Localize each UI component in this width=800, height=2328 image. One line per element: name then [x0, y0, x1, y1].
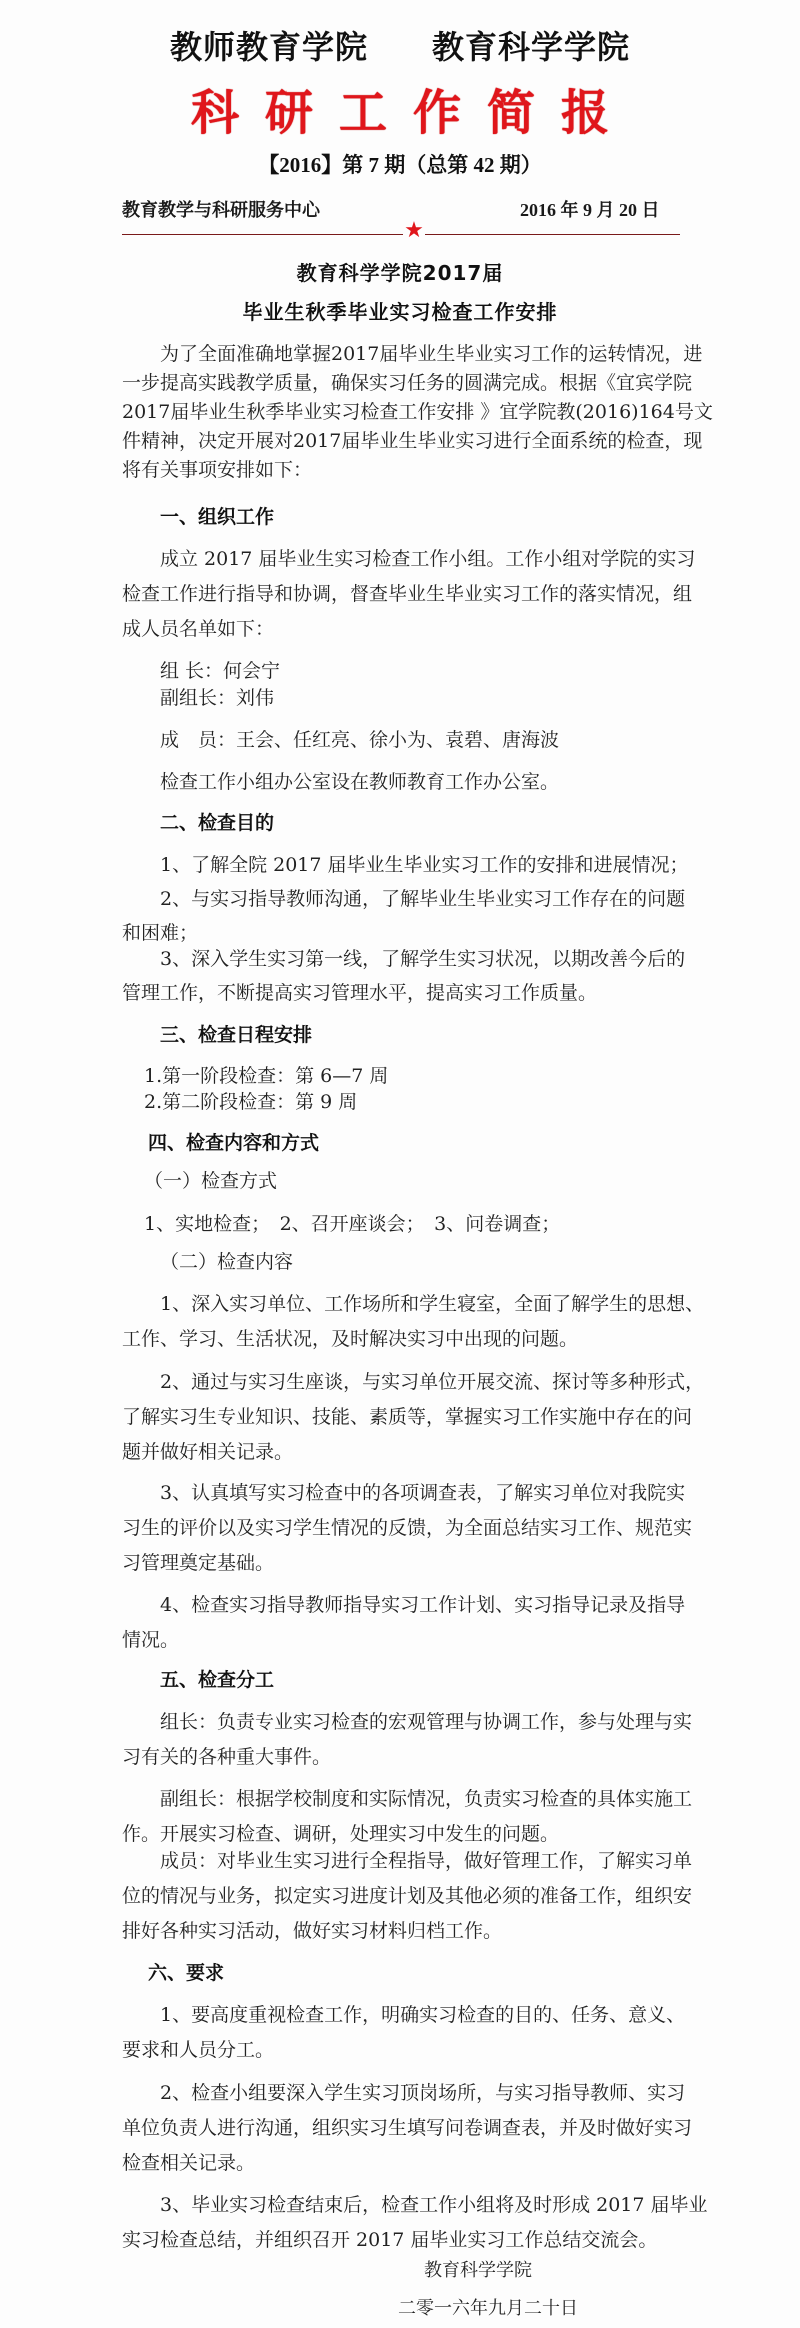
body-text-line: 成立 2017 届毕业生实习检查工作小组。工作小组对学院的实习 — [160, 547, 695, 571]
body-text-line: 检查相关记录。 — [122, 2151, 255, 2175]
issue-number: 【2016】第 7 期（总第 42 期） — [0, 149, 800, 179]
body-text-line: 单位负责人进行沟通，组织实习生填写问卷调查表，并及时做好实习 — [122, 2116, 692, 2140]
body-text-line: 1、深入实习单位、工作场所和学生寝室，全面了解学生的思想、 — [160, 1292, 704, 1316]
body-text-line: （一）检查方式 — [144, 1169, 277, 1193]
body-text-line: 副组长：根据学校制度和实际情况，负责实习检查的具体实施工 — [160, 1787, 692, 1811]
body-text-line: 1.第一阶段检查：第 6—7 周 — [144, 1064, 388, 1088]
org-header: 教师教育学院教育科学学院 — [0, 22, 800, 68]
body-text-line: 位的情况与业务，拟定实习进度计划及其他必须的准备工作，组织安 — [122, 1884, 692, 1908]
document-page: 教师教育学院教育科学学院 科研工作简报 【2016】第 7 期（总第 42 期）… — [0, 0, 800, 2328]
body-text-line: 2、通过与实习生座谈，与实习单位开展交流、探讨等多种形式， — [160, 1370, 704, 1394]
section-heading: 六、要求 — [148, 1961, 224, 1985]
body-text-line: 2、与实习指导教师沟通，了解毕业生毕业实习工作存在的问题 — [160, 887, 685, 911]
body-text-line: 成 员：王会、任红亮、徐小为、袁碧、唐海波 — [160, 728, 559, 752]
body-text-line: 习有关的各种重大事件。 — [122, 1745, 331, 1769]
body-text-line: 为了全面准确地掌握2017届毕业生毕业实习工作的运转情况，进 — [160, 342, 702, 366]
body-text-line: 将有关事项安排如下： — [122, 458, 312, 482]
body-text-line: 3、认真填写实习检查中的各项调查表，了解实习单位对我院实 — [160, 1481, 685, 1505]
body-text-line: 副组长：刘伟 — [160, 686, 274, 710]
body-text-line: 作。开展实习检查、调研，处理实习中发生的问题。 — [122, 1822, 559, 1846]
body-text-line: 件精神，决定开展对2017届毕业生毕业实习进行全面系统的检查，现 — [122, 429, 702, 453]
body-text-line: 2017届毕业生秋季毕业实习检查工作安排 》宜学院教(2016)164号文 — [122, 400, 713, 424]
body-text-line: （二）检查内容 — [160, 1250, 293, 1274]
org-left: 教师教育学院 — [170, 22, 368, 68]
section-heading: 二、检查目的 — [160, 811, 274, 835]
body-text-line: 排好各种实习活动，做好实习材料归档工作。 — [122, 1919, 502, 1943]
publisher: 教育教学与科研服务中心 — [122, 196, 320, 222]
body-text-line: 和困难； — [122, 921, 198, 945]
star-icon: ★ — [403, 220, 425, 242]
body-text-line: 工作、学习、生活状况，及时解决实习中出现的问题。 — [122, 1327, 578, 1351]
body-text-line: 组 长：何会宁 — [160, 659, 280, 683]
body-text-line: 1、了解全院 2017 届毕业生毕业实习工作的安排和进展情况； — [160, 853, 689, 877]
body-text-line: 2.第二阶段检查：第 9 周 — [144, 1090, 357, 1114]
body-text-line: 题并做好相关记录。 — [122, 1440, 293, 1464]
body-text-line: 3、深入学生实习第一线，了解学生实习状况，以期改善今后的 — [160, 947, 685, 971]
body-text-line: 实习检查总结，并组织召开 2017 届毕业实习工作总结交流会。 — [122, 2228, 657, 2252]
signature-org: 教育科学学院 — [424, 2256, 532, 2282]
body-text-line: 成员：对毕业生实习进行全程指导，做好管理工作，了解实习单 — [160, 1849, 692, 1873]
body-text-line: 习管理奠定基础。 — [122, 1551, 274, 1575]
section-heading: 三、检查日程安排 — [160, 1023, 312, 1047]
body-text-line: 要求和人员分工。 — [122, 2038, 274, 2062]
section-heading: 五、检查分工 — [160, 1668, 274, 1692]
publish-date: 2016 年 9 月 20 日 — [520, 196, 660, 222]
org-right: 教育科学学院 — [432, 22, 630, 68]
body-text-line: 了解实习生专业知识、技能、素质等，掌握实习工作实施中存在的问 — [122, 1405, 692, 1429]
body-text-line: 1、要高度重视检查工作，明确实习检查的目的、任务、意义、 — [160, 2003, 685, 2027]
signature-date: 二零一六年九月二十日 — [398, 2294, 578, 2320]
body-text-line: 成人员名单如下： — [122, 617, 274, 641]
body-text-line: 3、毕业实习检查结束后，检查工作小组将及时形成 2017 届毕业 — [160, 2193, 708, 2217]
body-text-line: 一步提高实践教学质量，确保实习任务的圆满完成。根据《宜宾学院 — [122, 371, 692, 395]
document-title-line2: 毕业生秋季毕业实习检查工作安排 — [0, 296, 800, 325]
section-heading: 一、组织工作 — [160, 505, 274, 529]
body-text-line: 习生的评价以及实习学生情况的反馈，为全面总结实习工作、规范实 — [122, 1516, 692, 1540]
body-text-line: 管理工作，不断提高实习管理水平，提高实习工作质量。 — [122, 981, 597, 1005]
brand-title: 科研工作简报 — [0, 74, 800, 143]
body-text-line: 检查工作小组办公室设在教师教育工作办公室。 — [160, 770, 559, 794]
document-title-line1: 教育科学学院2017届 — [0, 257, 800, 286]
body-text-line: 2、检查小组要深入学生实习顶岗场所，与实习指导教师、实习 — [160, 2081, 685, 2105]
body-text-line: 4、检查实习指导教师指导实习工作计划、实习指导记录及指导 — [160, 1593, 685, 1617]
header-divider — [122, 234, 680, 235]
body-text-line: 情况。 — [122, 1628, 179, 1652]
body-text-line: 检查工作进行指导和协调，督查毕业生毕业实习工作的落实情况，组 — [122, 582, 692, 606]
body-text-line: 组长：负责专业实习检查的宏观管理与协调工作，参与处理与实 — [160, 1710, 692, 1734]
section-heading: 四、检查内容和方式 — [148, 1131, 319, 1155]
body-text-line: 1、实地检查； 2、召开座谈会； 3、问卷调查； — [144, 1212, 560, 1236]
